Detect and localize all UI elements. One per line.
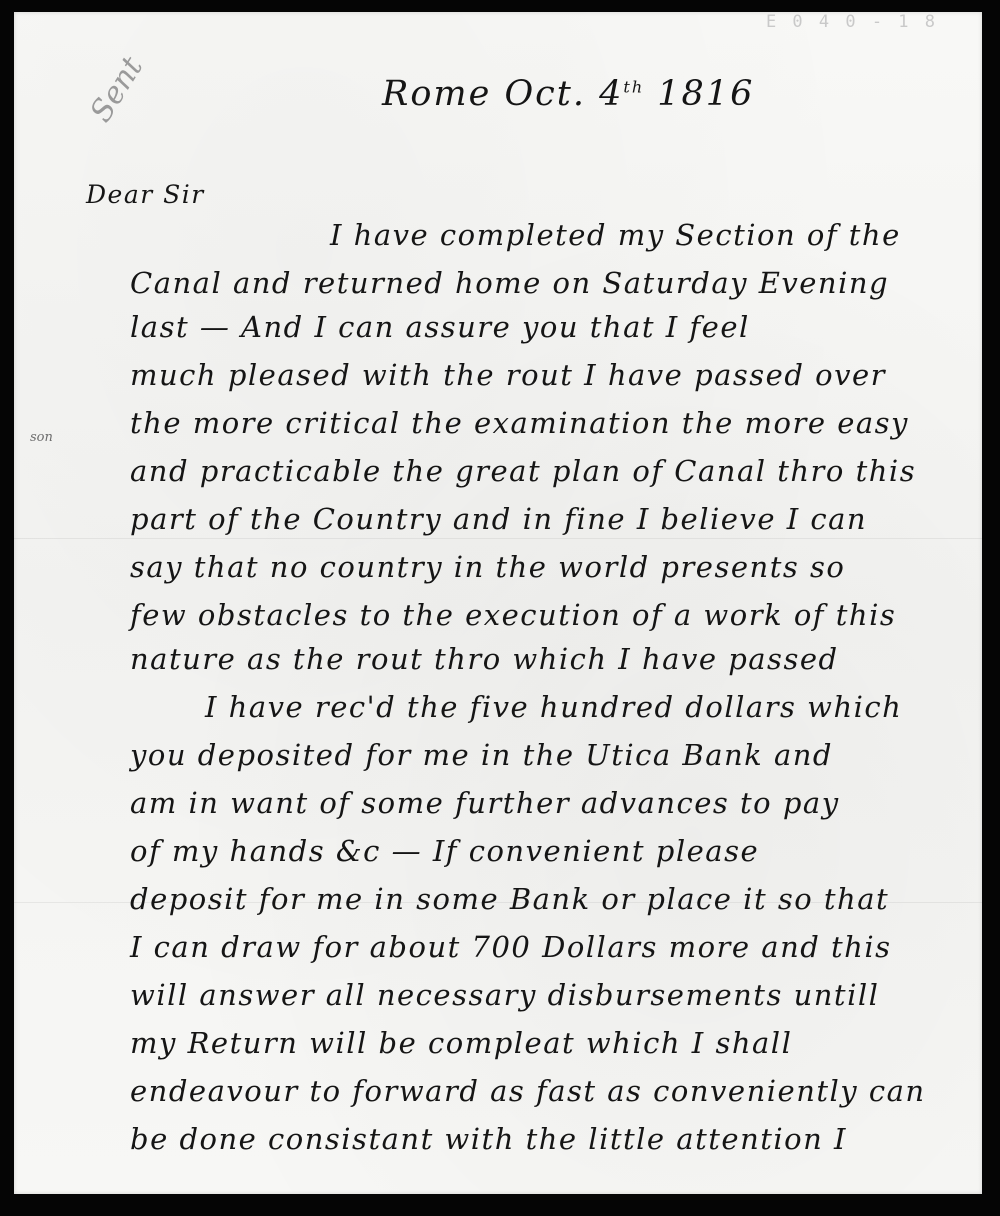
letter-line: be done consistant with the little atten… [130,1122,847,1156]
letter-line: I have rec'd the five hundred dollars wh… [205,690,902,724]
paper-fold-line [14,538,982,539]
dateline-day: 4 [599,74,623,114]
dateline-month: Oct. [504,74,586,114]
letter-line: last — And I can assure you that I feel [130,310,750,344]
letter-line: will answer all necessary disbursements … [130,978,879,1012]
letter-line: nature as the rout thro which I have pas… [130,642,839,676]
letter-line: I have completed my Section of the [330,218,901,252]
letter-line: endeavour to forward as fast as convenie… [130,1074,926,1108]
letter-line: part of the Country and in fine I believ… [130,502,867,536]
letter-line: deposit for me in some Bank or place it … [130,882,889,916]
letter-line: say that no country in the world present… [130,550,845,584]
letter-line: of my hands &c — If convenient please [130,834,759,868]
letter-line: my Return will be compleat which I shall [130,1026,792,1060]
letter-line: and practicable the great plan of Canal … [130,454,916,488]
margin-smudge: son [30,430,53,445]
dateline-day-suffix: th [623,77,644,96]
letter-line: am in want of some further advances to p… [130,786,840,820]
letter-line: few obstacles to the execution of a work… [130,598,896,632]
letter-line: the more critical the examination the mo… [130,406,909,440]
dateline-year: 1816 [657,74,754,114]
dateline: Rome Oct. 4th 1816 [382,74,754,114]
archive-catalog-mark: E 0 4 0 - 1 8 [766,12,938,32]
letter-line: much pleased with the rout I have passed… [130,358,886,392]
salutation: Dear Sir [86,180,205,209]
letter-line: Canal and returned home on Saturday Even… [130,266,889,300]
dateline-place: Rome [382,74,491,114]
letter-line: you deposited for me in the Utica Bank a… [130,738,833,772]
letter-line: I can draw for about 700 Dollars more an… [130,930,892,964]
